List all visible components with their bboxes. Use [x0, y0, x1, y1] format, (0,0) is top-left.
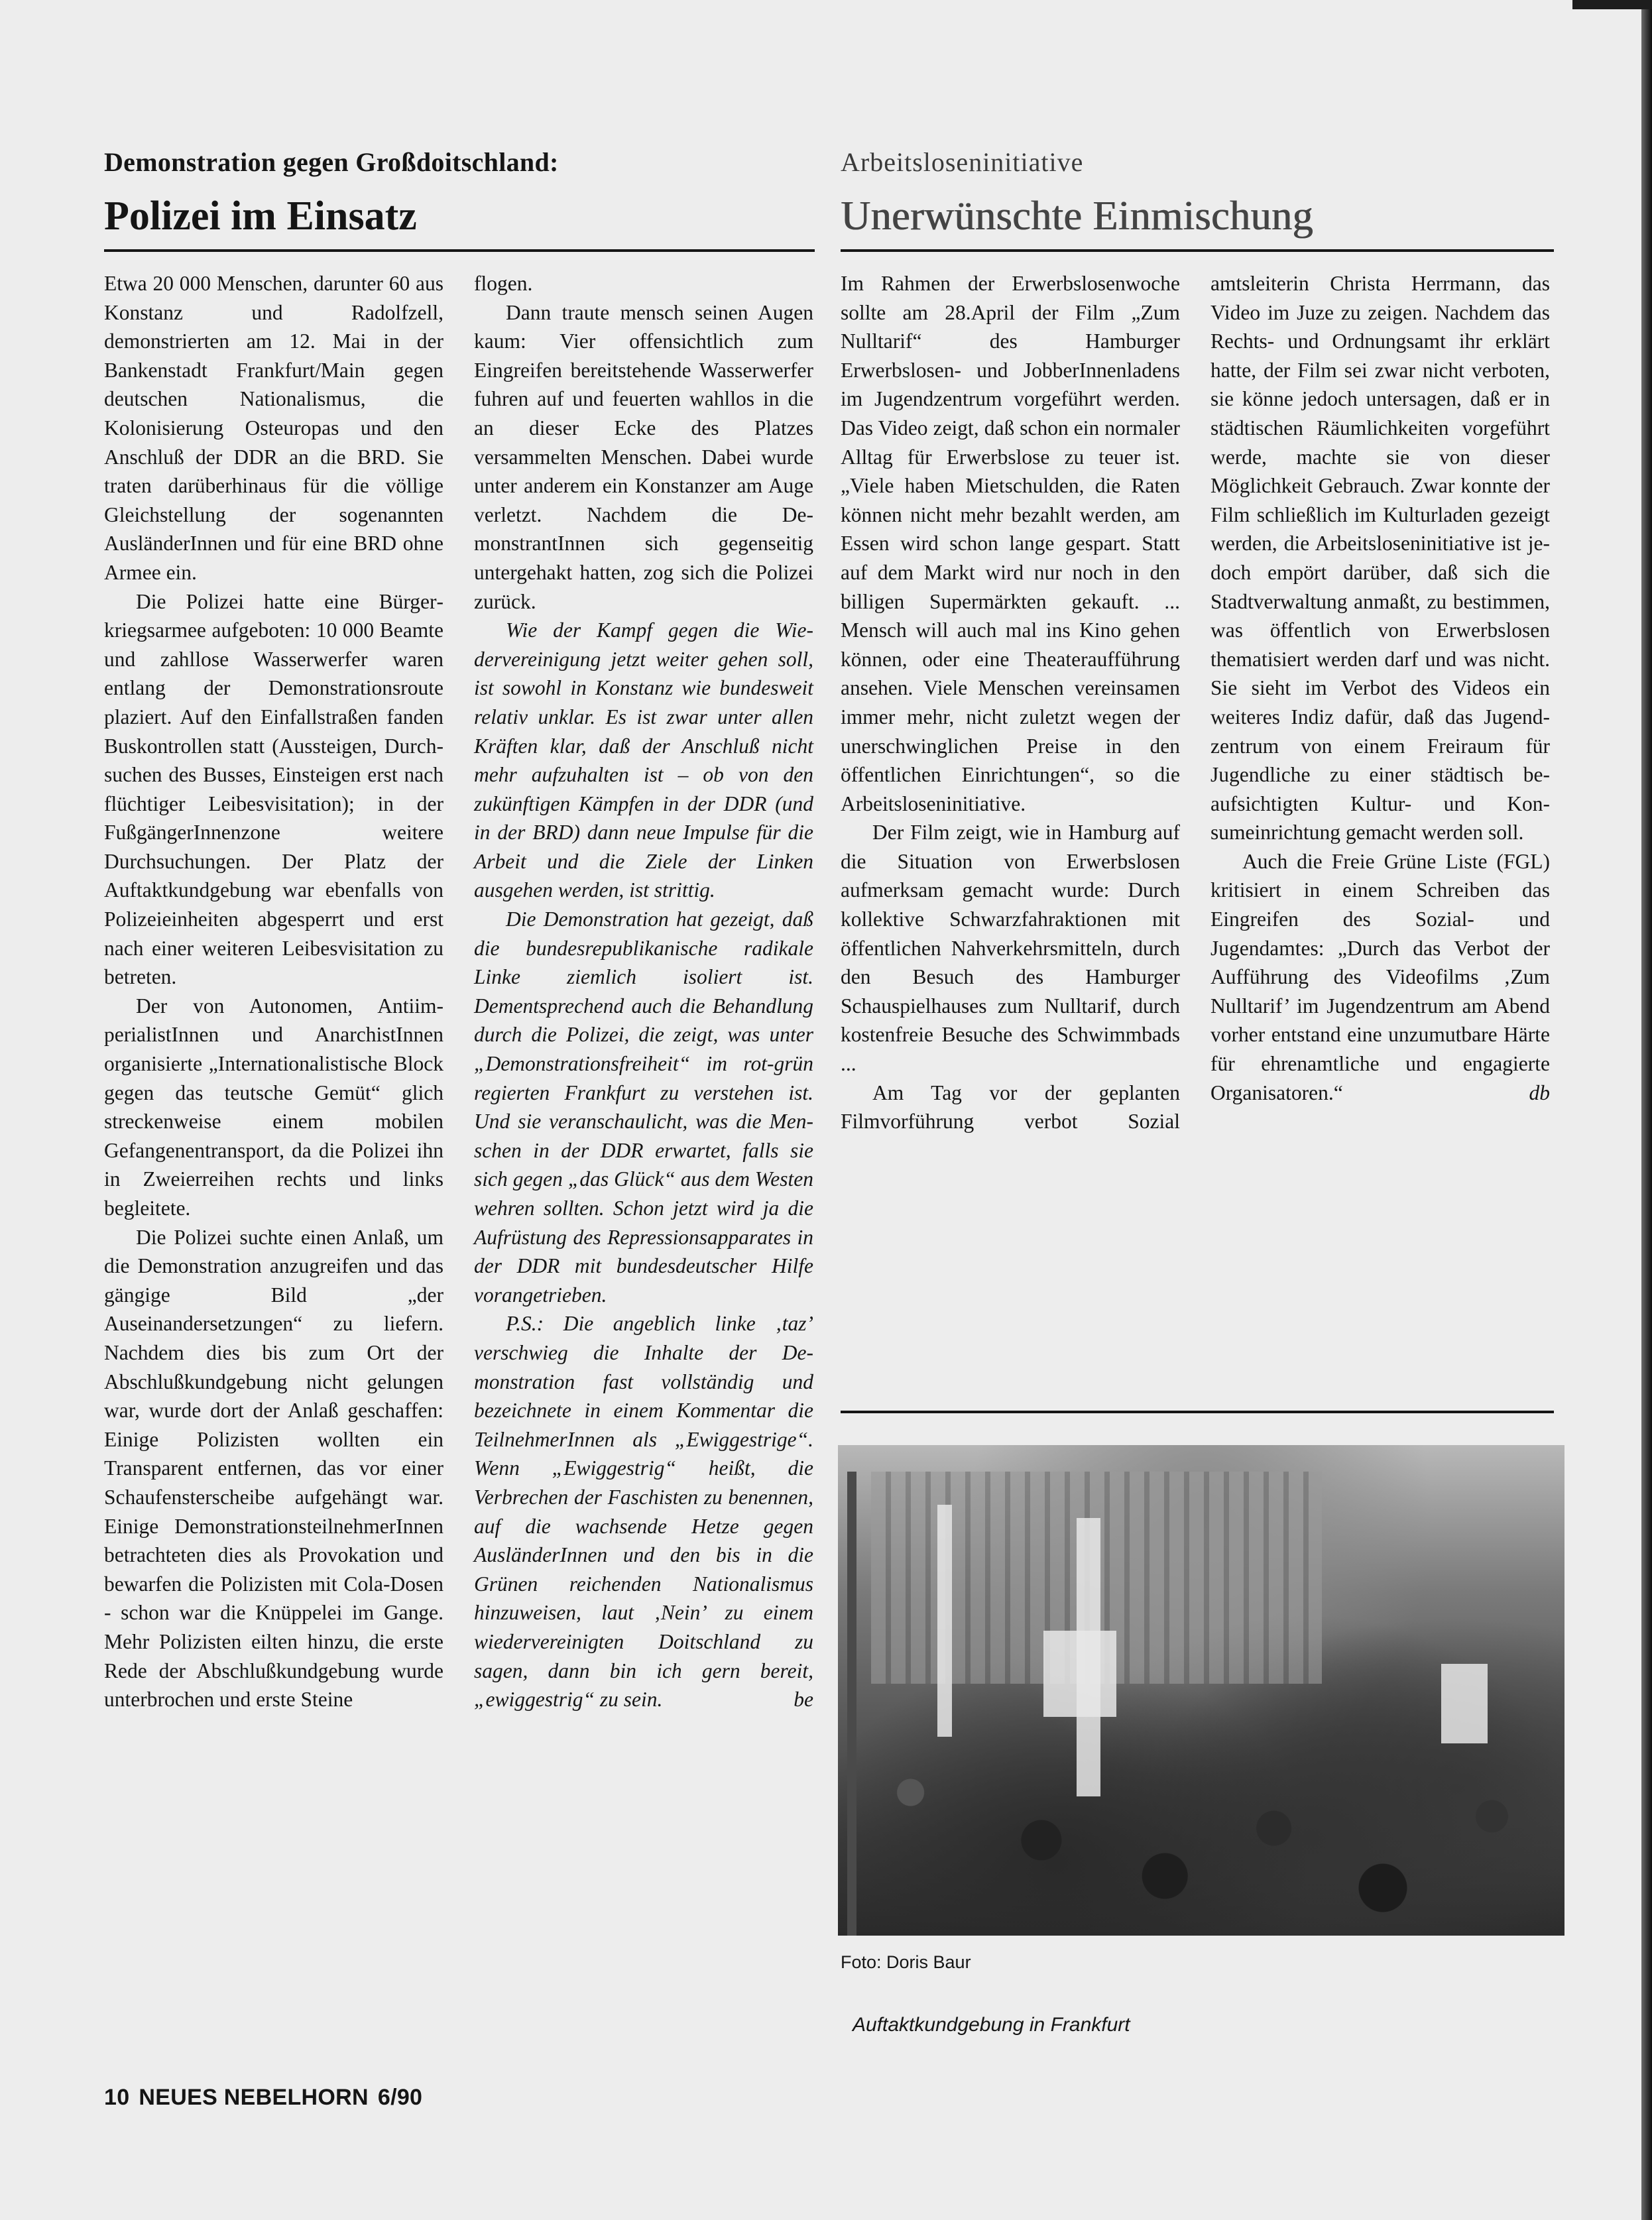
paragraph: amtsleiterin Christa Herrmann, das Video… — [1210, 269, 1550, 847]
paragraph-italic: Die Demonstration hat gezeigt, daß die b… — [474, 905, 813, 1309]
article-column-2: flogen. Dann traute mensch seinen Augen … — [474, 269, 813, 1714]
paragraph: Die Polizei hatte eine Bürger­kriegsarme… — [104, 587, 443, 992]
article-column-4: amtsleiterin Christa Herrmann, das Video… — [1210, 269, 1550, 1136]
paragraph: Die Polizei suchte einen An­laß, um die … — [104, 1223, 443, 1714]
author-initials: db — [1529, 1079, 1551, 1108]
paragraph: Dann traute mensch seinen Augen kaum: Vi… — [474, 298, 813, 616]
paragraph: Im Rahmen der Erwerbslosen­woche sollte … — [841, 269, 1180, 818]
photo-credit: Foto: Doris Baur — [841, 1952, 971, 1973]
paragraph: Am Tag vor der geplanten Filmvorführung … — [841, 1079, 1180, 1136]
headline-rule — [104, 249, 815, 252]
paragraph: Der von Autonomen, Antiim­perialistInnen… — [104, 992, 443, 1223]
article-polizei-im-einsatz: Demonstration gegen Großdoitschland: Pol… — [104, 133, 815, 1714]
section-divider-rule — [841, 1411, 1554, 1413]
headline-rule — [841, 249, 1554, 252]
page-corner-shadow — [1572, 0, 1652, 9]
paragraph-italic: P.S.: Die angeblich linke ‚taz’ verschwi… — [474, 1309, 813, 1714]
paragraph-italic: Wie der Kampf gegen die Wie­dervereinigu… — [474, 616, 813, 905]
paragraph: Auch die Freie Grüne Liste (FGL) kritisi… — [1210, 847, 1550, 1107]
article-column-3: Im Rahmen der Erwerbslosen­woche sollte … — [841, 269, 1180, 1136]
article-column-1: Etwa 20 000 Menschen, darunter 60 aus Ko… — [104, 269, 443, 1714]
paragraph: Der Film zeigt, wie in Ham­burg auf die … — [841, 818, 1180, 1078]
issue-number: 6/90 — [378, 2085, 422, 2110]
article-kicker: Arbeitsloseninitiative — [841, 141, 1554, 184]
article-headline: Unerwünschte Einmischung — [841, 190, 1554, 245]
page-edge-shadow — [1641, 0, 1652, 2220]
article-headline: Polizei im Einsatz — [104, 190, 815, 245]
publication-name: NEUES NEBELHORN — [139, 2085, 368, 2110]
photo-pole — [847, 1472, 856, 1936]
page-footer: 10NEUES NEBELHORN6/90 — [104, 2085, 432, 2111]
magazine-page: Demonstration gegen Großdoitschland: Pol… — [0, 0, 1641, 2220]
paragraph: flogen. — [474, 269, 813, 298]
paragraph: Etwa 20 000 Menschen, darunter 60 aus Ko… — [104, 269, 443, 587]
page-number: 10 — [104, 2085, 129, 2110]
author-initials: be — [794, 1685, 813, 1714]
article-kicker: Demonstration gegen Großdoitschland: — [104, 141, 815, 184]
photo-caption: Auftaktkundgebung in Frankfurt — [853, 2014, 1130, 2036]
photo-crowd — [838, 1697, 1564, 1936]
crowd-photo — [838, 1445, 1564, 1936]
article-unerwuenschte-einmischung: Arbeitsloseninitiative Unerwünschte Einm… — [841, 133, 1554, 1136]
